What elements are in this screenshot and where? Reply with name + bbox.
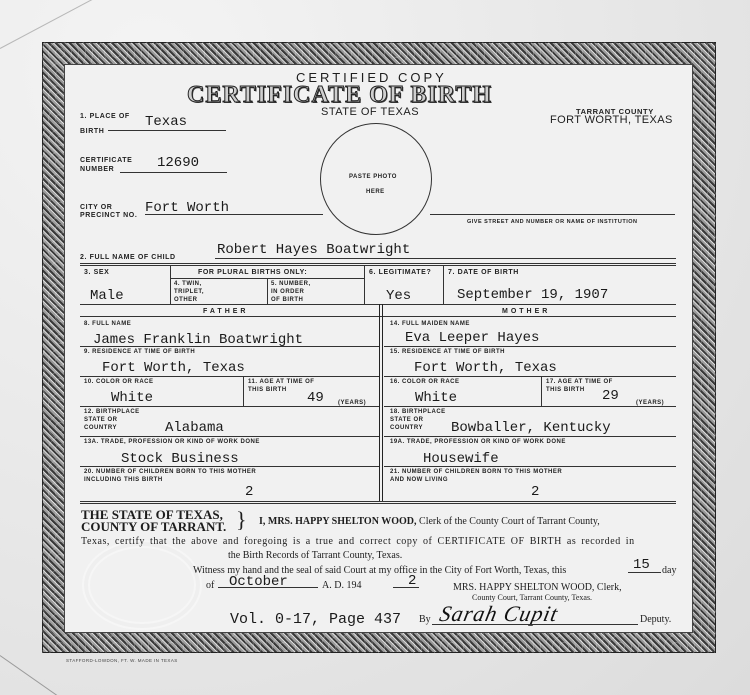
mother-age-label-2: This Birth	[546, 386, 585, 394]
certify-statement: Texas, certify that the above and forego…	[81, 536, 635, 547]
underline	[218, 587, 318, 588]
underline	[120, 172, 227, 173]
father-birthplace-label: 12. Birthplace	[84, 408, 140, 416]
grid-line	[267, 278, 268, 304]
birth-records-line: the Birth Records of Tarrant County, Tex…	[228, 550, 402, 561]
parent-column-divider	[379, 304, 380, 501]
mother-residence-value: Fort Worth, Texas	[414, 360, 557, 376]
father-color-label: 10. Color or Race	[84, 378, 154, 386]
mother-residence-label: 15. Residence at Time of Birth	[390, 348, 505, 356]
county-of-tarrant: COUNTY OF TARRANT.	[81, 519, 226, 535]
mother-age-label: 17. Age at Time of	[546, 378, 613, 386]
grid-line	[384, 406, 676, 407]
mother-children-label: 21. Number of Children Born to This Moth…	[390, 468, 562, 476]
underline	[393, 587, 419, 588]
order-label-3: of Birth	[271, 296, 303, 304]
embossed-seal	[82, 540, 202, 630]
day-label: day	[662, 565, 676, 576]
underline	[215, 258, 676, 259]
twin-label-2: Triplet,	[174, 288, 204, 296]
legitimate-label: 6. Legitimate?	[369, 268, 431, 277]
paste-photo-here: HERE	[366, 188, 385, 196]
legitimate-value: Yes	[386, 288, 411, 304]
grid-line	[384, 346, 676, 347]
sex-label: 3. Sex	[84, 268, 109, 277]
deputy-label: Deputy.	[640, 614, 671, 625]
date-of-birth-label: 7. Date of Birth	[448, 268, 519, 277]
institution-line	[430, 214, 675, 215]
mother-name-value: Eva Leeper Hayes	[405, 330, 539, 346]
ad-label: A. D. 194	[322, 580, 361, 591]
plural-births-label: For plural births only:	[198, 268, 307, 277]
father-trade-value: Stock Business	[121, 451, 239, 467]
father-header: FATHER	[203, 307, 248, 316]
father-children-value: 2	[245, 484, 253, 500]
institution-hint: Give street and number or name of instit…	[467, 218, 638, 226]
printer-imprint: STAFFORD-LOWDON, FT. W. MADE IN TEXAS	[66, 658, 178, 663]
grid-line	[243, 376, 244, 406]
grid-line	[443, 266, 444, 304]
mother-trade-value: Housewife	[423, 451, 499, 467]
father-name-label: 8. Full Name	[84, 320, 131, 328]
section-divider	[80, 501, 676, 502]
day-value: 15	[633, 557, 650, 573]
father-residence-value: Fort Worth, Texas	[102, 360, 245, 376]
mother-color-value: White	[415, 390, 457, 406]
certificate-number-value: 12690	[157, 155, 199, 171]
father-residence-label: 9. Residence at Time of Birth	[84, 348, 195, 356]
brace: }	[236, 505, 247, 535]
twin-label-3: Other	[174, 296, 198, 304]
grid-line	[541, 376, 542, 406]
mother-trade-label: 19A. Trade, Profession or Kind of Work D…	[390, 438, 566, 446]
underline	[145, 214, 323, 215]
place-of-birth-value: Texas	[145, 114, 187, 130]
mother-age-value: 29	[602, 388, 619, 404]
father-trade-label: 13A. Trade, Profession or Kind of Work D…	[84, 438, 260, 446]
mother-header: MOTHER	[502, 307, 550, 316]
clerk-name: MRS. HAPPY SHELTON WOOD, Clerk,	[453, 582, 622, 593]
paste-photo-text: PASTE PHOTO	[349, 173, 397, 181]
state-subtitle: STATE OF TEXAS	[321, 106, 419, 118]
by-label: By	[419, 614, 431, 625]
signature-line	[432, 624, 638, 625]
mother-birthplace-label: 18. Birthplace	[390, 408, 446, 416]
certificate-title: CERTIFICATE OF BIRTH	[187, 82, 492, 109]
father-age-value: 49	[307, 390, 324, 406]
sex-value: Male	[90, 288, 124, 304]
father-birthplace-sub1: State or	[84, 416, 117, 424]
place-of-birth-label-2: Birth	[80, 127, 104, 136]
mother-birthplace-sub1: State or	[390, 416, 423, 424]
father-children-label-2: Including This Birth	[84, 476, 163, 484]
city-precinct-label-2: Precinct No.	[80, 211, 137, 220]
grid-line	[80, 304, 676, 305]
father-birthplace-sub2: Country	[84, 424, 117, 432]
father-children-label: 20. Number of Children Born to This Moth…	[84, 468, 256, 476]
clerk-intro-line: I, MRS. HAPPY SHELTON WOOD, Clerk of the…	[259, 516, 600, 527]
grid-line	[80, 436, 379, 437]
grid-line	[364, 266, 365, 304]
grid-line	[80, 406, 379, 407]
underline	[108, 130, 226, 131]
clerk-intro: I, MRS. HAPPY SHELTON WOOD,	[259, 516, 417, 527]
mother-children-label-2: and Now Living	[390, 476, 448, 484]
city-label: FORT WORTH, TEXAS	[550, 114, 673, 126]
grid-line	[170, 266, 171, 304]
father-age-label: 11. Age at Time of	[248, 378, 314, 386]
section-divider	[80, 263, 676, 264]
mother-children-value: 2	[531, 484, 539, 500]
order-label: 5. Number,	[271, 280, 311, 288]
full-name-child-label: 2. Full name of child	[80, 253, 176, 262]
grid-line	[384, 466, 676, 467]
grid-line	[80, 376, 379, 377]
mother-birthplace-value: Bowballer, Kentucky	[451, 420, 611, 436]
certificate-number-label: Certificate	[80, 156, 132, 165]
place-of-birth-label: 1. Place of	[80, 112, 130, 121]
grid-line	[384, 436, 676, 437]
mother-color-label: 16. Color or Race	[390, 378, 460, 386]
father-birthplace-value: Alabama	[165, 420, 224, 436]
father-color-value: White	[111, 390, 153, 406]
grid-line	[80, 466, 379, 467]
of-label: of	[206, 580, 214, 591]
grid-line	[384, 376, 676, 377]
mother-name-label: 14. Full Maiden Name	[390, 320, 470, 328]
volume-page: Vol. 0-17, Page 437	[230, 611, 401, 628]
certificate-number-label-2: Number	[80, 165, 114, 174]
twin-label: 4. Twin,	[174, 280, 202, 288]
grid-line	[80, 316, 676, 317]
mother-birthplace-sub2: Country	[390, 424, 423, 432]
underline	[628, 572, 661, 573]
clerk-intro-rest: Clerk of the County Court of Tarrant Cou…	[419, 516, 600, 527]
father-age-label-2: This Birth	[248, 386, 287, 394]
date-of-birth-value: September 19, 1907	[457, 287, 608, 303]
grid-line	[80, 346, 379, 347]
full-name-child-value: Robert Hayes Boatwright	[217, 242, 410, 258]
order-label-2: in Order	[271, 288, 304, 296]
